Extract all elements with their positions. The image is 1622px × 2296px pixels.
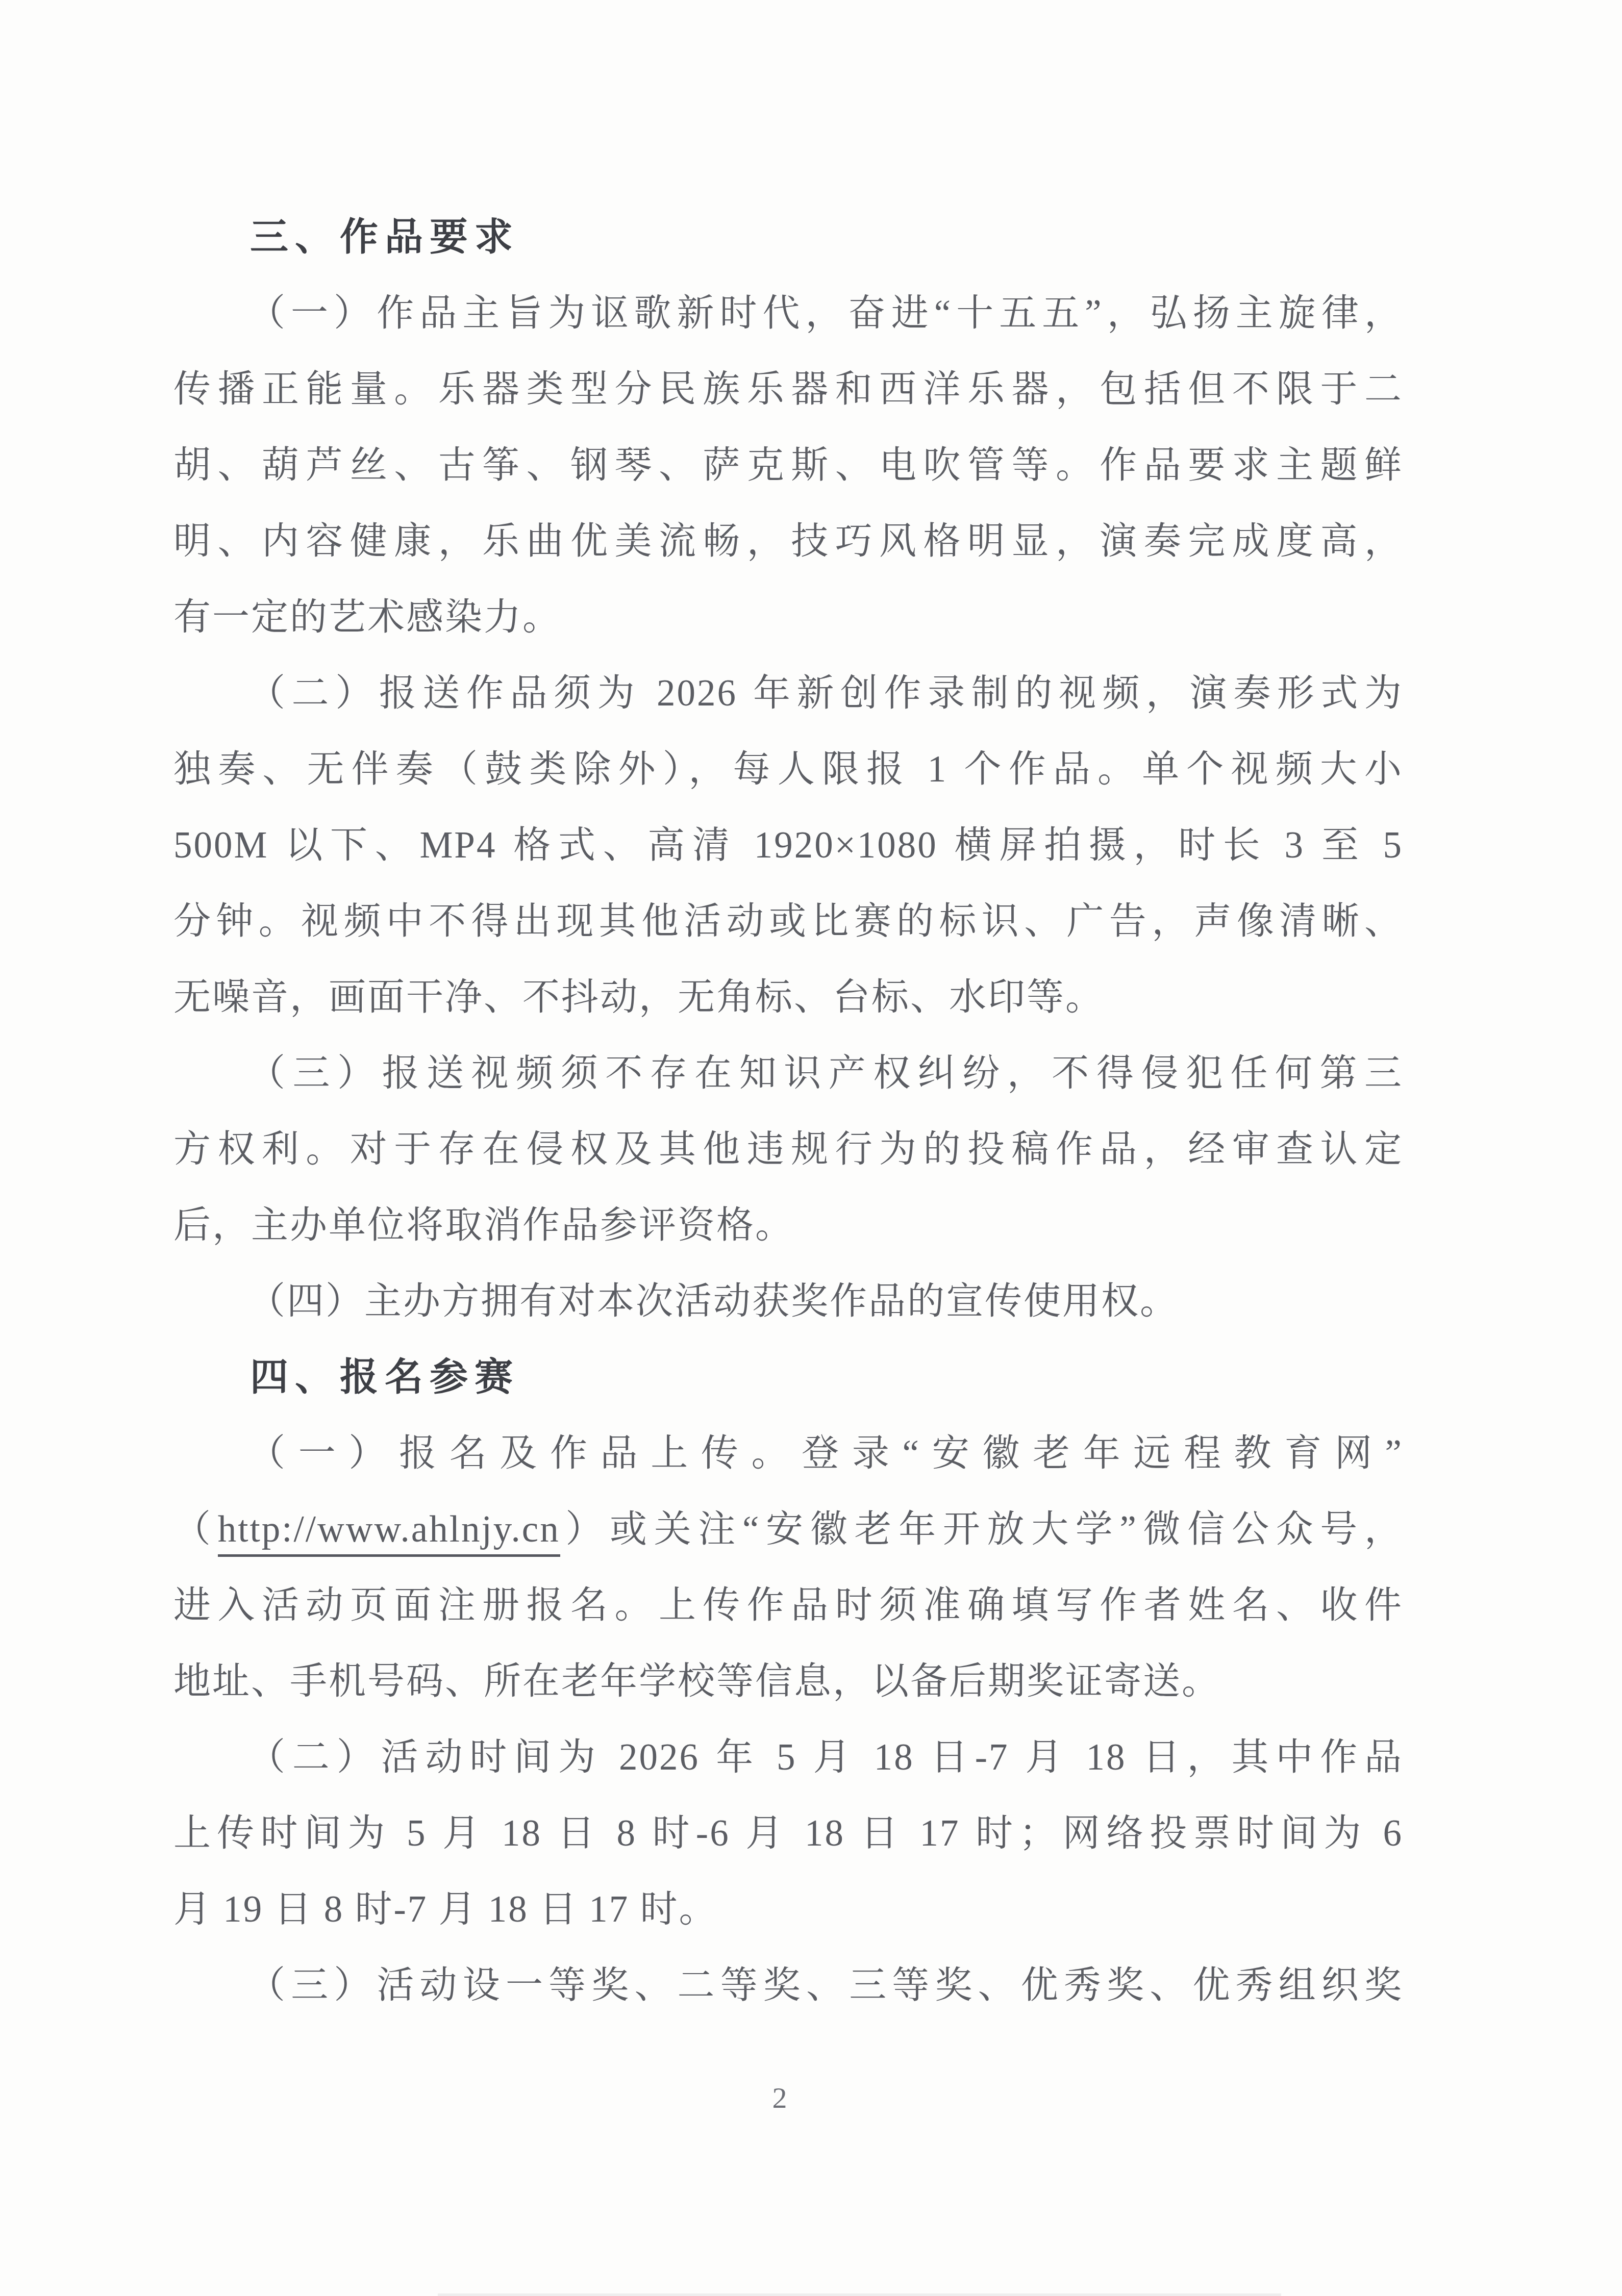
paragraph-line: 地址、手机号码、所在老年学校等信息，以备后期奖证寄送。 [173,1643,1403,1719]
document-body: 三、作品要求 （一）作品主旨为讴歌新时代，奋进“十五五”，弘扬主旋律， 传播正能… [173,199,1403,2023]
section-heading-works-requirements: 三、作品要求 [173,199,1403,275]
paragraph-line: 方权利。对于存在侵权及其他违规行为的投稿作品，经审查认定 [173,1111,1403,1187]
website-url-text: http://www.ahlnjy.cn [218,1508,560,1557]
paragraph-line: 后，主办单位将取消作品参评资格。 [173,1187,1403,1263]
scan-edge-artifact [438,2293,1281,2296]
paragraph-line: （三）活动设一等奖、二等奖、三等奖、优秀奖、优秀组织奖 [173,1947,1403,2023]
paragraph-line: 进入活动页面注册报名。上传作品时须准确填写作者姓名、收件 [173,1567,1403,1643]
paragraph-line: 明、内容健康，乐曲优美流畅，技巧风格明显，演奏完成度高， [173,503,1403,579]
paragraph-line: 月 19 日 8 时-7 月 18 日 17 时。 [173,1871,1403,1947]
section-heading-registration: 四、报名参赛 [173,1339,1403,1415]
paragraph-line: （四）主办方拥有对本次活动获奖作品的宣传使用权。 [173,1263,1403,1339]
paragraph-line: （一）报名及作品上传。登录“安徽老年远程教育网” [173,1415,1403,1491]
url-open-paren: （ [173,1508,218,1550]
page-number: 2 [757,2080,803,2116]
paragraph-line: 传播正能量。乐器类型分民族乐器和西洋乐器，包括但不限于二 [173,351,1403,427]
url-line-rest: ）或关注“安徽老年开放大学”微信公众号， [560,1508,1403,1550]
document-scan-page: 三、作品要求 （一）作品主旨为讴歌新时代，奋进“十五五”，弘扬主旋律， 传播正能… [0,0,1622,2296]
paragraph-line: 上传时间为 5 月 18 日 8 时-6 月 18 日 17 时；网络投票时间为… [173,1795,1403,1871]
paragraph-line: （三）报送视频须不存在知识产权纠纷，不得侵犯任何第三 [173,1035,1403,1111]
paragraph-line: 有一定的艺术感染力。 [173,579,1403,655]
paragraph-line: （二）报送作品须为 2026 年新创作录制的视频，演奏形式为 [173,655,1403,731]
paragraph-line: 500M 以下、MP4 格式、高清 1920×1080 横屏拍摄，时长 3 至 … [173,807,1403,883]
paragraph-line: （一）作品主旨为讴歌新时代，奋进“十五五”，弘扬主旋律， [173,275,1403,351]
paragraph-line: （二）活动时间为 2026 年 5 月 18 日-7 月 18 日，其中作品 [173,1719,1403,1795]
paragraph-line: 分钟。视频中不得出现其他活动或比赛的标识、广告，声像清晰、 [173,883,1403,959]
paragraph-line: 独奏、无伴奏（鼓类除外），每人限报 1 个作品。单个视频大小 [173,731,1403,807]
paragraph-line: 胡、葫芦丝、古筝、钢琴、萨克斯、电吹管等。作品要求主题鲜 [173,427,1403,503]
paragraph-line: 无噪音，画面干净、不抖动，无角标、台标、水印等。 [173,959,1403,1035]
paragraph-line-with-url: （http://www.ahlnjy.cn）或关注“安徽老年开放大学”微信公众号… [173,1491,1403,1567]
